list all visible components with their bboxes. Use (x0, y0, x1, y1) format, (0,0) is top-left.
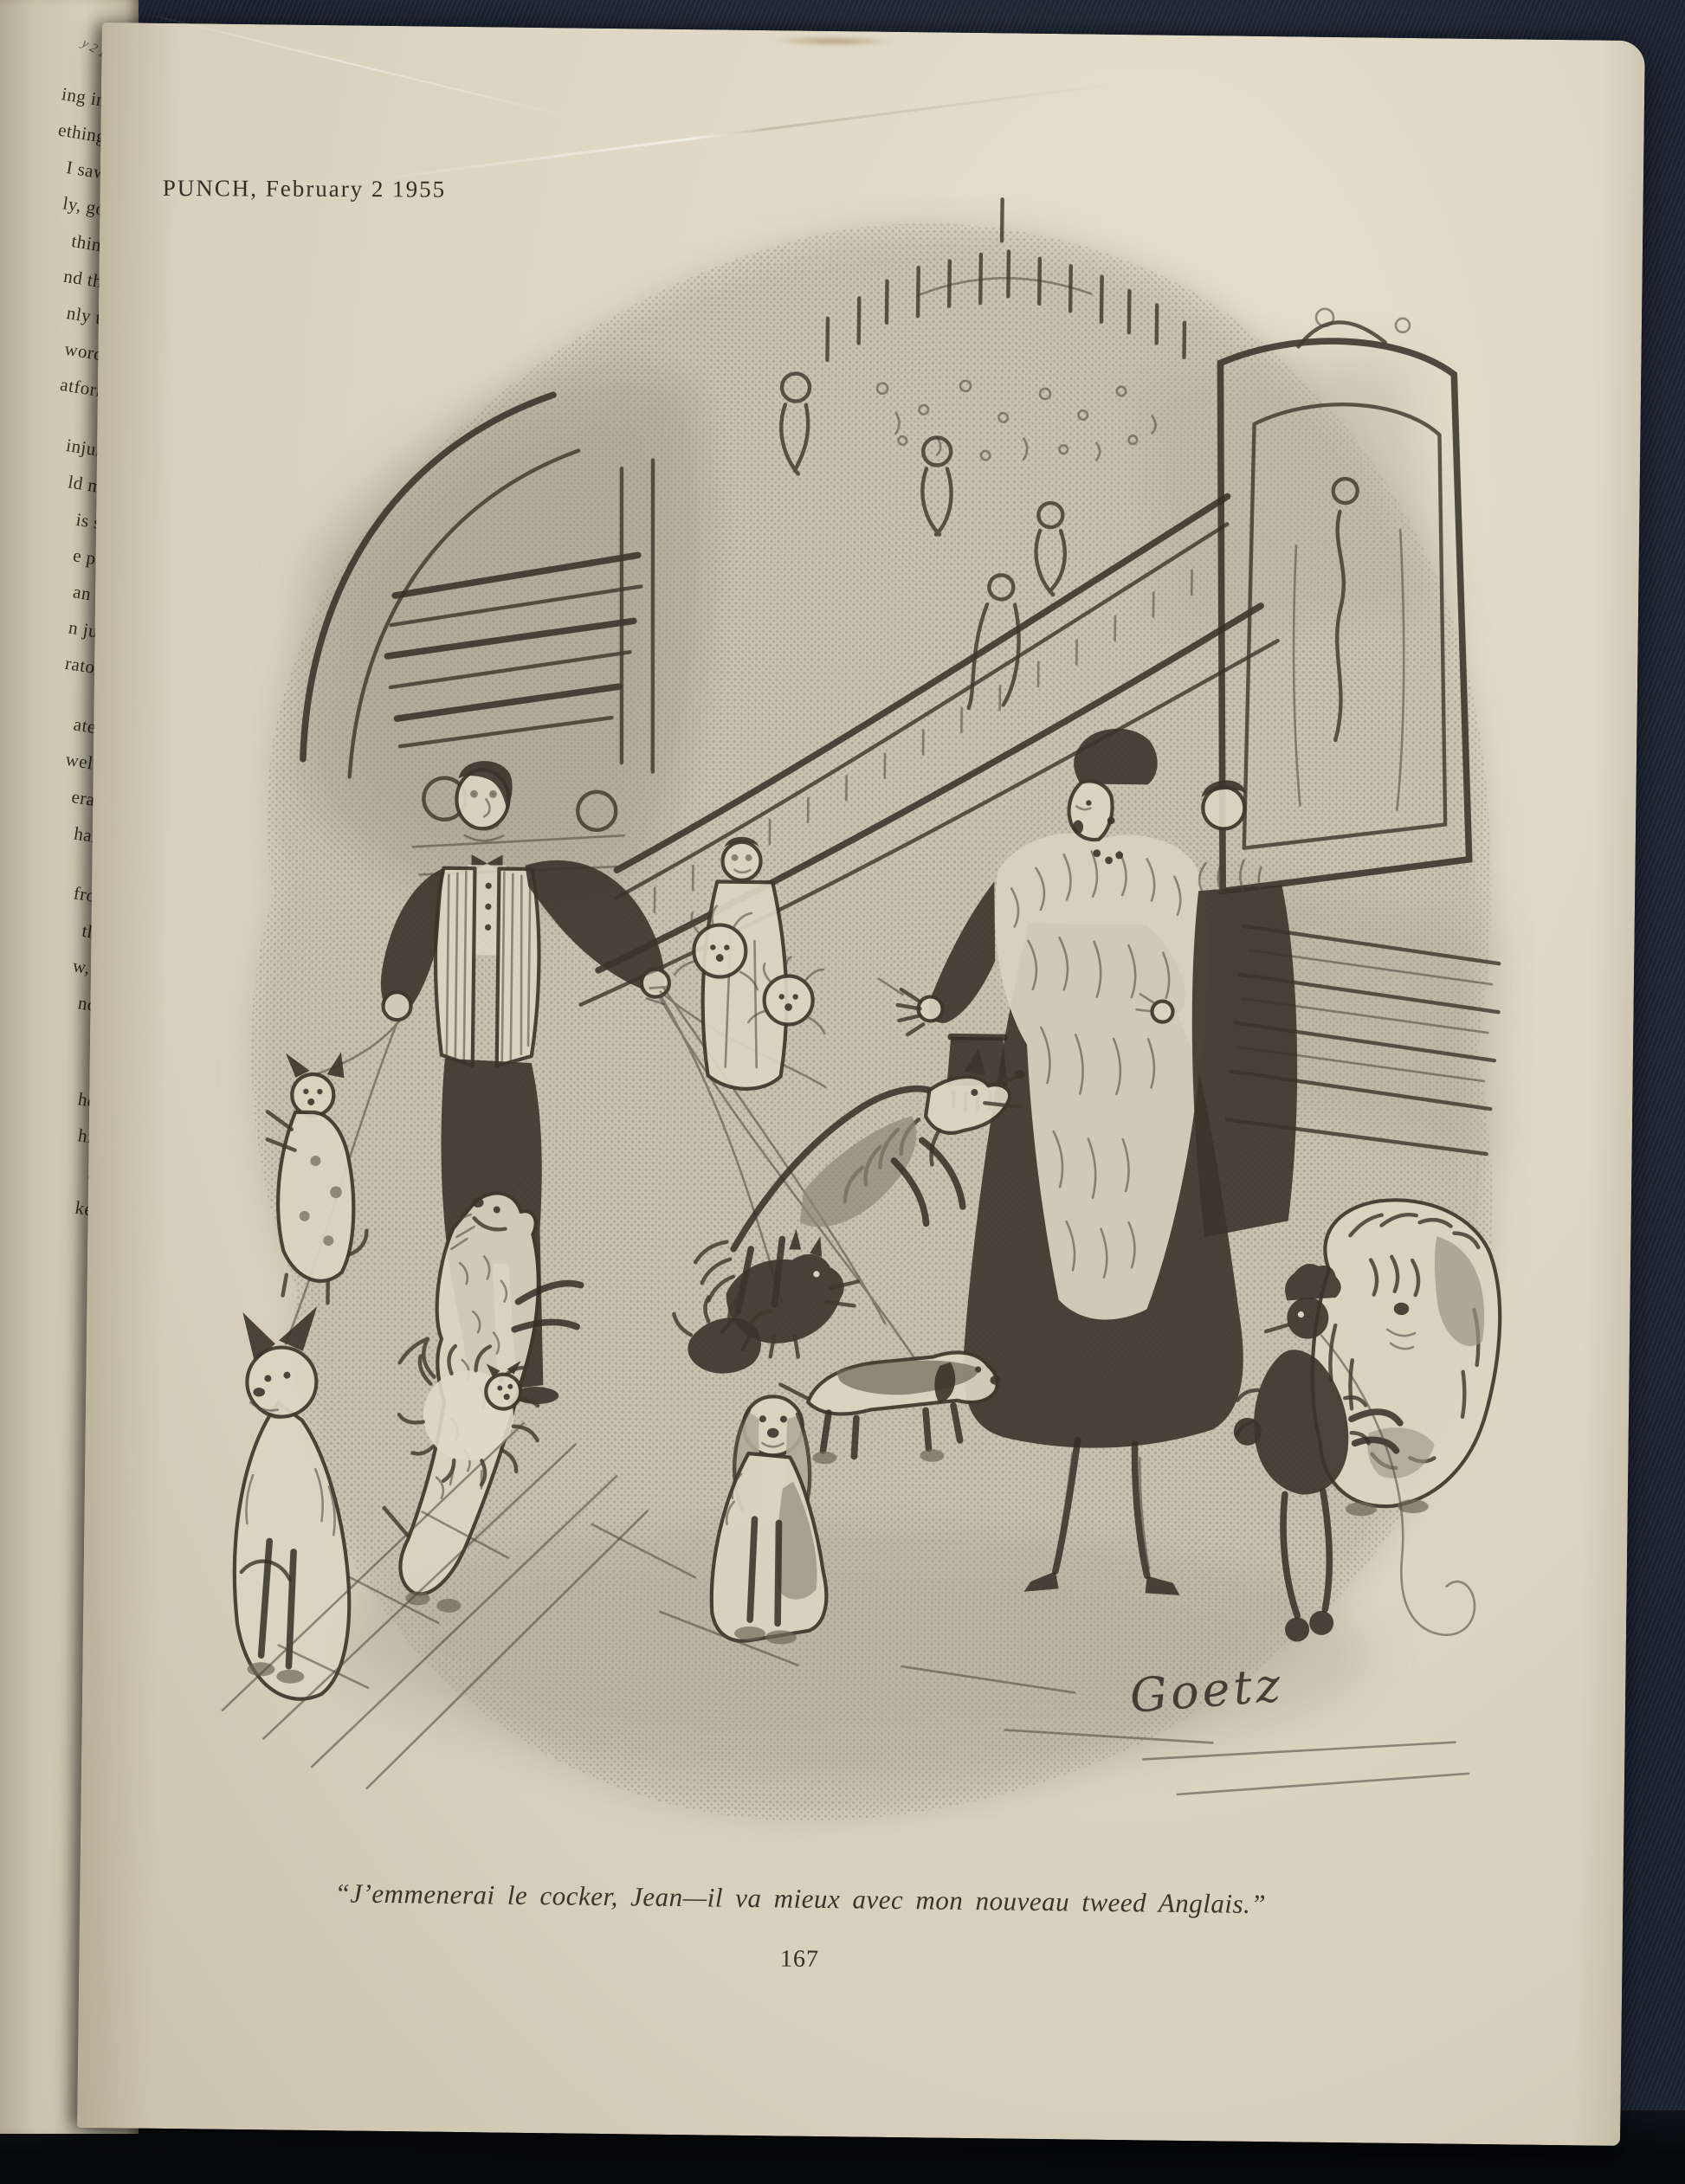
paper-crease (143, 12, 581, 120)
paper-crease (355, 84, 1111, 184)
magazine-page: PUNCH, February 2 1955 (77, 23, 1645, 2146)
photographed-magazine-page: y 2 19 ing in.ething.I saw,ly, gotthinkn… (0, 0, 1685, 2184)
page-number: 167 (79, 1937, 1622, 1983)
cartoon-caption: “J’emmenerai le cocker, Jean—il va mieux… (80, 1875, 1623, 1924)
paper-stain (769, 35, 899, 47)
artist-signature: Goetz (1128, 1658, 1286, 1723)
cartoon-illustration: Goetz (172, 186, 1543, 1864)
